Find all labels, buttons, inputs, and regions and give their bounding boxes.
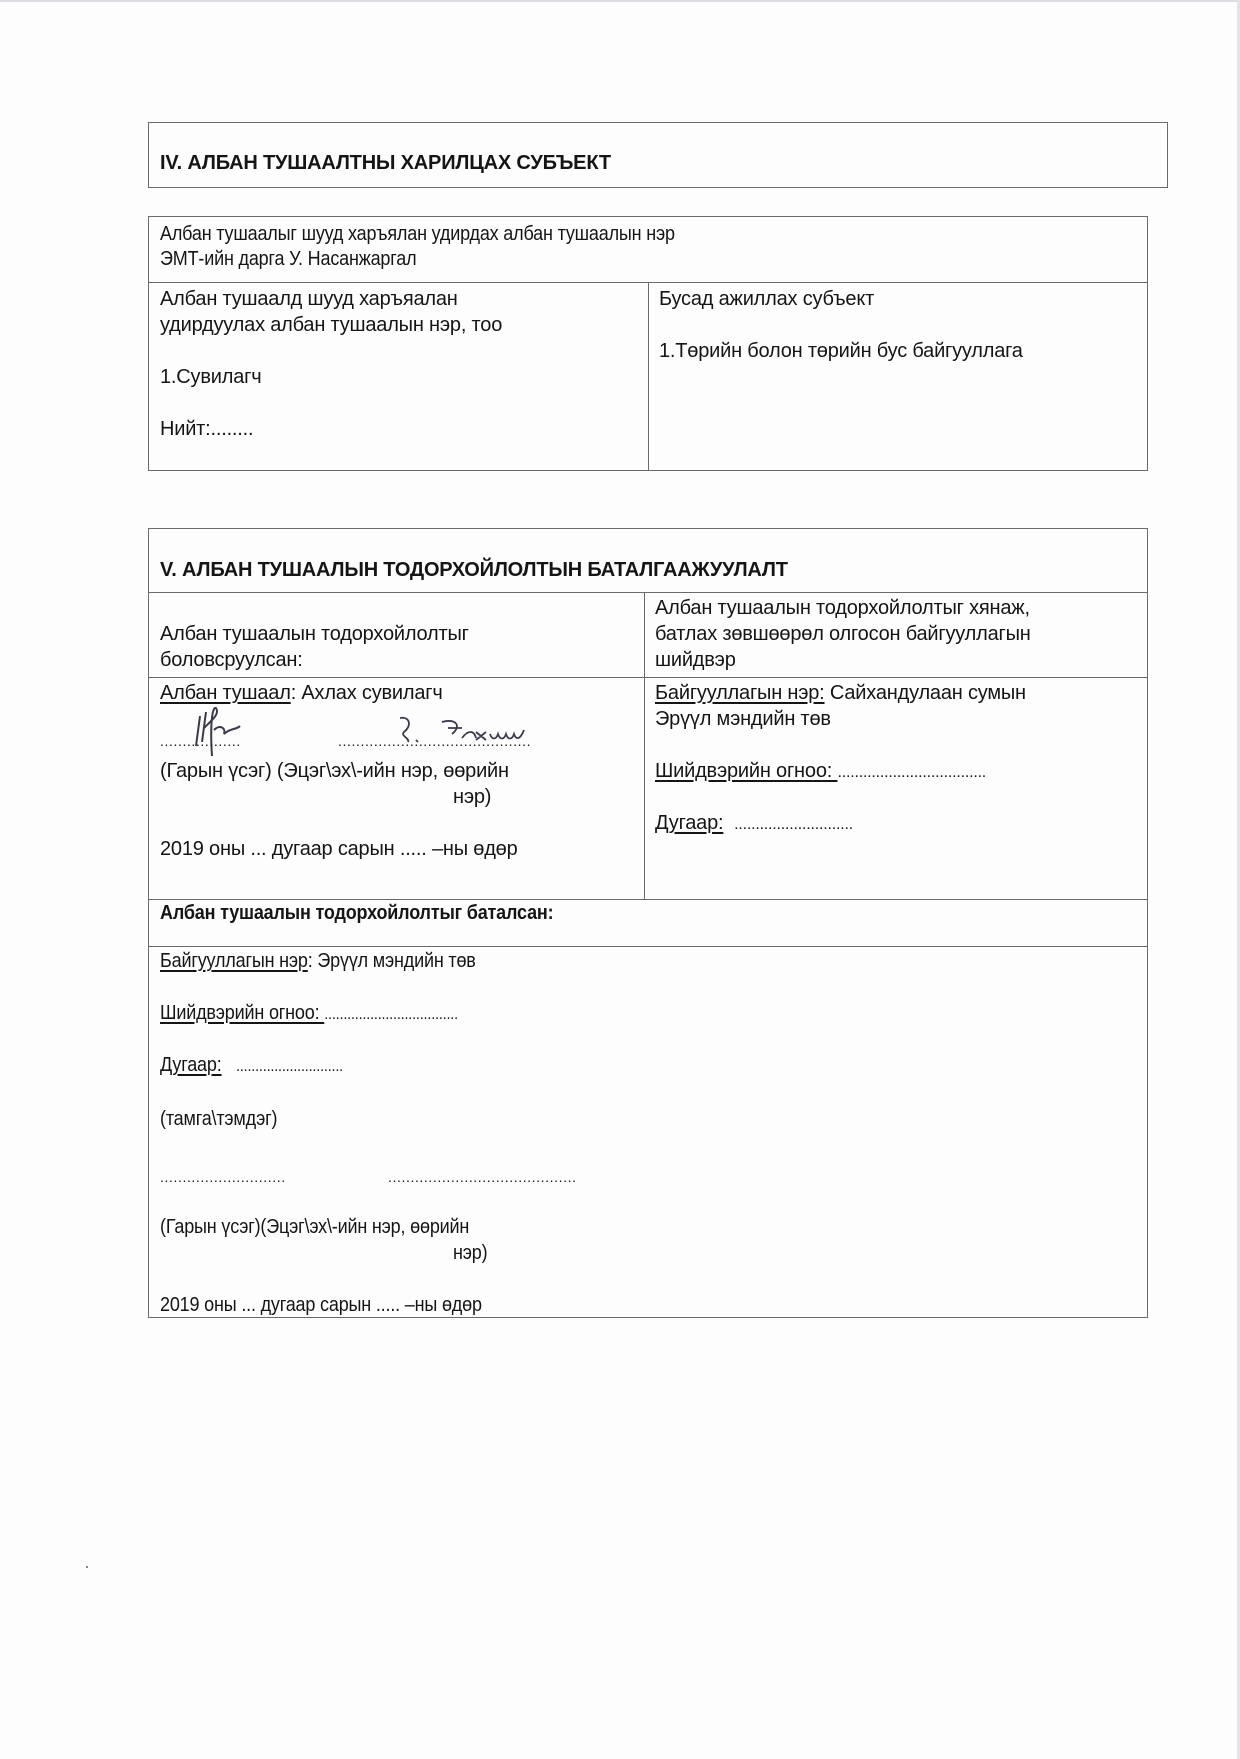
subordinates-label-line2: удирдуулах албан тушаалын нэр, тоо	[160, 312, 502, 338]
reviewed-decision-date: Шийдвэрийн огноо: ......................…	[655, 758, 986, 786]
prepared-header-line2: боловсруулсан:	[160, 647, 303, 673]
subordinates-total: Нийт:........	[160, 416, 253, 442]
approved-org-value: : Эрүүл мэндийн төв	[308, 950, 476, 972]
reviewed-decision-date-label: Шийдвэрийн огноо:	[655, 760, 837, 782]
prepared-date: 2019 оны ... дугаар сарын ..... –ны өдөр	[160, 836, 518, 862]
reviewed-org-label: Байгууллагын нэр:	[655, 682, 825, 704]
scan-top-edge	[0, 0, 1240, 2]
reviewed-number: Дугаар: ............................	[655, 810, 853, 838]
other-subjects-label: Бусад ажиллах субъект	[659, 286, 874, 312]
reviewed-decision-date-dots: ...................................	[837, 764, 986, 781]
approved-decision-date-dots: ...................................	[324, 1006, 458, 1023]
approved-decision-date: Шийдвэрийн огноо: ......................…	[160, 1000, 458, 1028]
approved-decision-date-label: Шийдвэрийн огноо:	[160, 1002, 324, 1024]
section-iv-title: IV. АЛБАН ТУШААЛТНЫ ХАРИЛЦАХ СУБЪЕКТ	[160, 150, 611, 176]
reviewed-header-line3: шийдвэр	[655, 647, 736, 673]
prepared-signature-caption-line1: (Гарын үсэг) (Эцэг\эх\-ийн нэр, өөрийн	[160, 758, 509, 784]
reviewed-number-label: Дугаар:	[655, 812, 723, 834]
approved-signature-caption-line2: нэр)	[453, 1240, 487, 1266]
reviewed-org-value: Сайхандулаан сумын	[825, 682, 1026, 704]
section-iv-column-divider	[648, 282, 649, 471]
section-v-header-divider	[148, 677, 1148, 678]
prepared-position-label: Албан тушаал	[160, 682, 291, 704]
approved-org-label: Байгууллагын нэр	[160, 950, 308, 972]
reviewed-header-line1: Албан тушаалын тодорхойлолтыг хянаж,	[655, 595, 1030, 621]
prepared-signature-caption-line2: нэр)	[453, 784, 491, 810]
reviewed-header-line2: батлах зөвшөөрөл олгосон байгууллагын	[655, 621, 1031, 647]
prepared-name-dots: ........................................…	[338, 728, 531, 754]
approved-header: Албан тушаалын тодорхойлолтыг баталсан:	[160, 900, 553, 926]
subordinates-label-line1: Албан тушаалд шууд харъяалан	[160, 286, 458, 312]
approved-org: Байгууллагын нэр: Эрүүл мэндийн төв	[160, 948, 476, 974]
supervisor-label: Албан тушаалыг шууд харъялан удирдах алб…	[160, 221, 675, 247]
reviewed-org: Байгууллагын нэр: Сайхандулаан сумын	[655, 680, 1026, 706]
scan-speck	[86, 1566, 88, 1568]
section-v-column-divider	[644, 592, 645, 899]
prepared-signature-dots: ..................	[160, 728, 241, 754]
approved-signature-dots: ............................	[160, 1164, 286, 1190]
subordinate-item: 1.Сувилагч	[160, 364, 261, 390]
prepared-header-line1: Албан тушаалын тодорхойлолтыг	[160, 621, 469, 647]
reviewed-number-dots: ............................	[734, 816, 853, 833]
supervisor-value: ЭМТ-ийн дарга У. Насанжаргал	[160, 246, 416, 272]
section-v-title: V. АЛБАН ТУШААЛЫН ТОДОРХОЙЛОЛТЫН БАТАЛГА…	[160, 557, 788, 583]
approved-name-dots: ........................................…	[388, 1164, 577, 1190]
section-v-title-divider	[148, 592, 1148, 593]
approved-signature-caption-line1: (Гарын үсэг)(Эцэг\эх\-ийн нэр, өөрийн	[160, 1214, 469, 1240]
prepared-position-value: : Ахлах сувилагч	[291, 682, 443, 704]
approved-date: 2019 оны ... дугаар сарын ..... –ны өдөр	[160, 1292, 482, 1318]
approved-number: Дугаар: ............................	[160, 1052, 343, 1080]
approved-number-label: Дугаар:	[160, 1054, 222, 1076]
other-subject-item: 1.Төрийн болон төрийн бус байгууллага	[659, 338, 1023, 364]
prepared-position: Албан тушаал: Ахлах сувилагч	[160, 680, 443, 706]
section-v-approved-divider-bottom	[148, 946, 1148, 947]
approved-number-dots: ............................	[236, 1058, 343, 1075]
reviewed-org-value-line2: Эрүүл мэндийн төв	[655, 706, 831, 732]
approved-stamp: (тамга\тэмдэг)	[160, 1106, 277, 1132]
